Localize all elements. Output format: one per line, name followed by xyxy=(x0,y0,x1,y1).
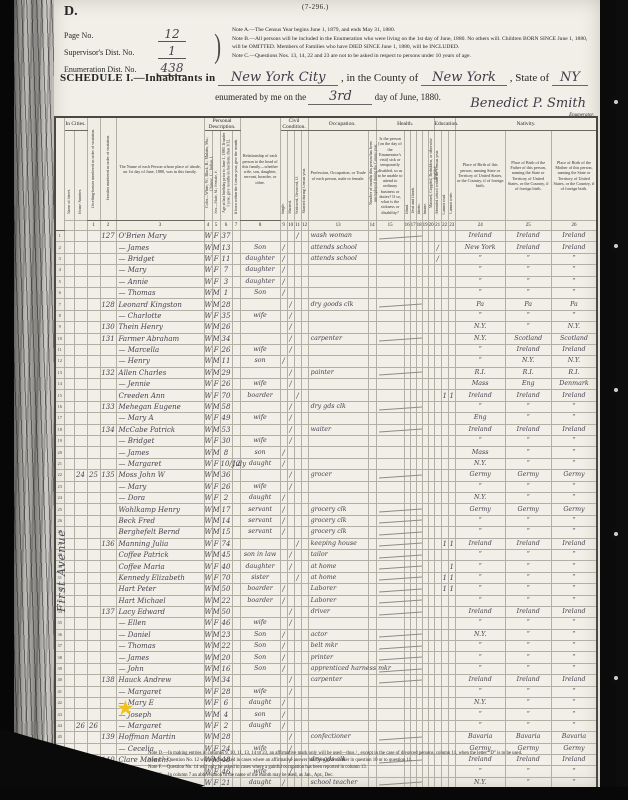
column-number: 3 xyxy=(116,221,204,231)
supervisor-district-line: Supervisor's Dist. No. 1 xyxy=(64,44,186,59)
col-month-born: If born within the Census year, give the… xyxy=(232,131,240,221)
census-table: In Cities. Dwelling-houses numbered in o… xyxy=(54,116,598,800)
table-row: 26Beck FredWM14servant/grocery clk””” xyxy=(55,515,597,526)
column-number: 10 xyxy=(287,221,294,231)
table-row: 442626— MargaretWF2daught/””” xyxy=(55,720,597,731)
table-row: 3— BridgetWF11daughter/attends school/””… xyxy=(55,253,597,264)
document-page: D. (7-296.) Page No. 12 Supervisor's Dis… xyxy=(52,0,600,788)
column-number: 8 xyxy=(240,221,280,231)
state-lead: , State of xyxy=(510,72,549,84)
line-number-column-header xyxy=(55,117,64,231)
enumerated-tail: day of June, 1880. xyxy=(375,92,441,102)
col-age: Age at last birthday prior to June 1, 18… xyxy=(220,131,232,221)
column-number: 1 xyxy=(87,221,100,231)
table-row: 17— Mary AWF49wife/Eng”” xyxy=(55,413,597,424)
column-number: 7 xyxy=(232,221,240,231)
county-entry: New York xyxy=(421,70,507,86)
table-row: 18134McCabe PatrickWM53/waiterIrelandIre… xyxy=(55,424,597,435)
column-number: 22 xyxy=(441,221,448,231)
col-family: Families numbered in order of visitation… xyxy=(100,117,116,221)
col-months-unemployed: Number of months this person has been un… xyxy=(368,131,376,221)
table-row: 23— MaryWF26wife/””” xyxy=(55,481,597,492)
column-number: 5 xyxy=(212,221,220,231)
column-number: 6 xyxy=(220,221,232,231)
binding-hole xyxy=(610,240,623,253)
table-row: 222425135Moss John WWM36/grocerGermyGerm… xyxy=(55,470,597,481)
table-row: 34137Lacy EdwardWM50/driverIrelandIrelan… xyxy=(55,606,597,617)
col-maimed: Maimed, Crippled, Bedridden, or otherwis… xyxy=(428,131,434,221)
day-entry: 3rd xyxy=(308,89,372,105)
col-single: Single. xyxy=(280,131,287,221)
binding-hole xyxy=(610,96,623,109)
record-star-icon[interactable]: ★ xyxy=(116,698,135,719)
table-row: 35— EllenWF46wife/””” xyxy=(55,618,597,629)
header-brace: ) xyxy=(214,28,221,66)
table-row: 25Wohlkamp HenryWM17servant/grocery clkG… xyxy=(55,504,597,515)
table-row: 37— ThomasWM22Son/belt mkr””” xyxy=(55,641,597,652)
table-row: 39— JohnWM16Son/apprenticed harness mkr”… xyxy=(55,663,597,674)
table-row: 41— MargaretWF28wife/””” xyxy=(55,686,597,697)
note-c: Note C.—Questions Nos. 13, 14, 22 and 23… xyxy=(232,52,592,61)
scan-edge-left xyxy=(0,0,14,800)
group-personal-description: Personal Description. xyxy=(204,117,240,131)
table-row: 45139Hoffman MartinWM28/confectionerBava… xyxy=(55,732,597,743)
table-row: 20— JamesWM8son/Mass”” xyxy=(55,447,597,458)
column-number: 4 xyxy=(204,221,212,231)
note-d: Note D.—In making entries in columns 9, … xyxy=(148,750,588,757)
note-a: Note A.—The Census Year begins June 1, 1… xyxy=(232,26,592,35)
table-row: 43— JosephWM4son/””” xyxy=(55,709,597,720)
table-row: 32Hart PeterWM50boarder/Laborer11””” xyxy=(55,584,597,595)
notes-top: Note A.—The Census Year begins June 1, 1… xyxy=(232,26,592,61)
col-relationship: Relationship of each person to the head … xyxy=(240,117,280,221)
table-row: 5— AnnieWF3daughter/””” xyxy=(55,276,597,287)
supervisor-district-label: Supervisor's Dist. No. xyxy=(64,48,156,57)
column-number: 25 xyxy=(505,221,551,231)
column-number xyxy=(74,221,87,231)
table-row: 7128Leonard KingstonWM28/dry goods clkPa… xyxy=(55,299,597,310)
table-row: 8— CharlotteWF35wife/””” xyxy=(55,310,597,321)
enumerator-signature: Benedict P. Smith xyxy=(470,96,586,111)
column-number: 9 xyxy=(280,221,287,231)
table-row: 10131Farmer AbrahamWM34/carpenterN.Y.Sco… xyxy=(55,333,597,344)
table-row: 24— DoraWF2daught/N.Y.”” xyxy=(55,492,597,503)
table-row: 36— DanielWM23Son/actorN.Y.”” xyxy=(55,629,597,640)
table-row: 1127O'Brien MaryWF37/wash womanIrelandIr… xyxy=(55,231,597,242)
column-number: 14 xyxy=(368,221,376,231)
table-row: 15Creeden AnnWF70boarder/11IrelandIrelan… xyxy=(55,390,597,401)
page-number-label: Page No. xyxy=(64,31,156,40)
scan-edge-bottom xyxy=(0,787,628,800)
col-birthplace-father: Place of Birth of the Father of this per… xyxy=(505,131,551,221)
city-entry: New York City xyxy=(218,70,338,86)
col-name: The Name of each Person whose place of a… xyxy=(116,117,204,221)
binding-hole xyxy=(610,384,623,397)
group-civil-condition: Civil Condition. xyxy=(280,117,308,131)
note-g: Note G.—In column 7 an abbreviation in t… xyxy=(148,772,588,779)
note-b: Note B.—All persons will be included in … xyxy=(232,35,592,52)
table-row: 21— MargaretWF10/12Julydaught/N.Y.”” xyxy=(55,458,597,469)
col-color: Color—White, W.; Black, B.; Mulatto, Mu.… xyxy=(204,131,212,221)
col-widowed: Widowed, Divorced, D. xyxy=(294,131,301,221)
col-cannot-write: Cannot write. xyxy=(448,131,455,221)
column-number: 24 xyxy=(455,221,505,231)
group-nativity: Nativity. xyxy=(455,117,597,131)
col-married: Married. xyxy=(287,131,294,221)
column-number xyxy=(64,221,74,231)
column-number: 13 xyxy=(308,221,368,231)
table-row: 14— JennieWF26wife/MassEngDenmark xyxy=(55,379,597,390)
table-row: 6— ThomasWM1Son/””” xyxy=(55,287,597,298)
table-row: 29Coffee PatrickWM45son in law/tailor””” xyxy=(55,549,597,560)
column-numbers-row: 1234567891011121314151617181920212223242… xyxy=(55,221,597,231)
table-row: 11— MarcellaWF26wife/”IrelandIreland xyxy=(55,344,597,355)
table-row: 28136Manning JuliaWF74/keeping house11Ir… xyxy=(55,538,597,549)
table-row: 2— JamesWM13Son/attends school/New YorkI… xyxy=(55,242,597,253)
col-cannot-read: Cannot read. xyxy=(441,131,448,221)
column-number: 26 xyxy=(551,221,597,231)
note-f: Note F.—Question No. 14 will only be ask… xyxy=(148,764,588,771)
binding-hole xyxy=(610,528,623,541)
col-dwelling: Dwelling-houses numbered in order of vis… xyxy=(87,117,100,221)
table-row: 16133Mehegan EugeneWM58/dry gds clk””” xyxy=(55,401,597,412)
page-number-line: Page No. 12 xyxy=(64,27,186,42)
table-row: 31Kennedy ElizabethWF70sister/at home11”… xyxy=(55,572,597,583)
col-sickness: Is the person [on the day of the Enumera… xyxy=(376,131,404,221)
form-letter: D. xyxy=(64,4,78,20)
table-row: 33Hart MichaelWM22boarder/Laborer””” xyxy=(55,595,597,606)
column-number: 15 xyxy=(376,221,404,231)
page-number-value: 12 xyxy=(158,27,186,42)
table-row: 19— BridgetWF30wife/””” xyxy=(55,436,597,447)
col-married-during-year: Married during Census year. xyxy=(301,131,308,221)
col-house-number: House Number. xyxy=(74,131,87,221)
census-table-body: 1127O'Brien MaryWF37/wash womanIrelandIr… xyxy=(55,231,597,800)
note-e: Note E.—Question No. 12 will only be ask… xyxy=(148,757,588,764)
group-occupation: Occupation. xyxy=(308,117,376,131)
col-birthplace-mother: Place of Birth of the Mother of this per… xyxy=(551,131,597,221)
street-name-script: First Avenue xyxy=(55,392,69,612)
column-number: 11 xyxy=(294,221,301,231)
notes-bottom: Note D.—In making entries in columns 9, … xyxy=(148,750,588,779)
group-health: Health. xyxy=(376,117,434,131)
column-number: 12 xyxy=(301,221,308,231)
column-number: 23 xyxy=(448,221,455,231)
col-birthplace: Place of Birth of this person, naming St… xyxy=(455,131,505,221)
column-number: 21 xyxy=(434,221,441,231)
col-street: Name of Street. xyxy=(64,131,74,221)
scanned-census-page: D. (7-296.) Page No. 12 Supervisor's Dis… xyxy=(0,0,628,800)
supervisor-district-value: 1 xyxy=(158,44,186,59)
scan-streaks xyxy=(14,0,54,800)
group-education: Education. xyxy=(434,117,455,131)
table-row: 4— MaryWF7daughter/””” xyxy=(55,265,597,276)
group-in-cities: In Cities. xyxy=(64,117,87,131)
col-occupation: Profession, Occupation, or Trade of each… xyxy=(308,131,368,221)
county-lead: , in the County of xyxy=(341,72,418,84)
column-number: 2 xyxy=(100,221,116,231)
binding-hole xyxy=(610,672,623,685)
table-row: 30Coffee MariaWF40daughter/at home1””” xyxy=(55,561,597,572)
enumerated-lead: enumerated by me on the xyxy=(215,92,306,102)
table-row: 9130Thein HenryWM26/N.Y.”N.Y. xyxy=(55,322,597,333)
state-entry: NY xyxy=(552,70,588,86)
table-row: 40138Hauck AndrewWM34/carpenterIrelandIr… xyxy=(55,675,597,686)
schedule-title: SCHEDULE I.—Inhabitants in xyxy=(60,72,215,84)
table-row: 12— HenryWM11son/”N.Y.N.Y. xyxy=(55,356,597,367)
census-table-header: In Cities. Dwelling-houses numbered in o… xyxy=(55,117,597,231)
form-code: (7-296.) xyxy=(302,3,329,11)
table-row: 38— JamesWM20Son/printer””” xyxy=(55,652,597,663)
table-row: 42— Mary EWF6daught/N.Y.”” xyxy=(55,698,597,709)
table-row: 13132Allen CharlesWM29/painterR.I.R.I.R.… xyxy=(55,367,597,378)
table-row: 27Berghefelt BerndWM15servant/grocery cl… xyxy=(55,527,597,538)
